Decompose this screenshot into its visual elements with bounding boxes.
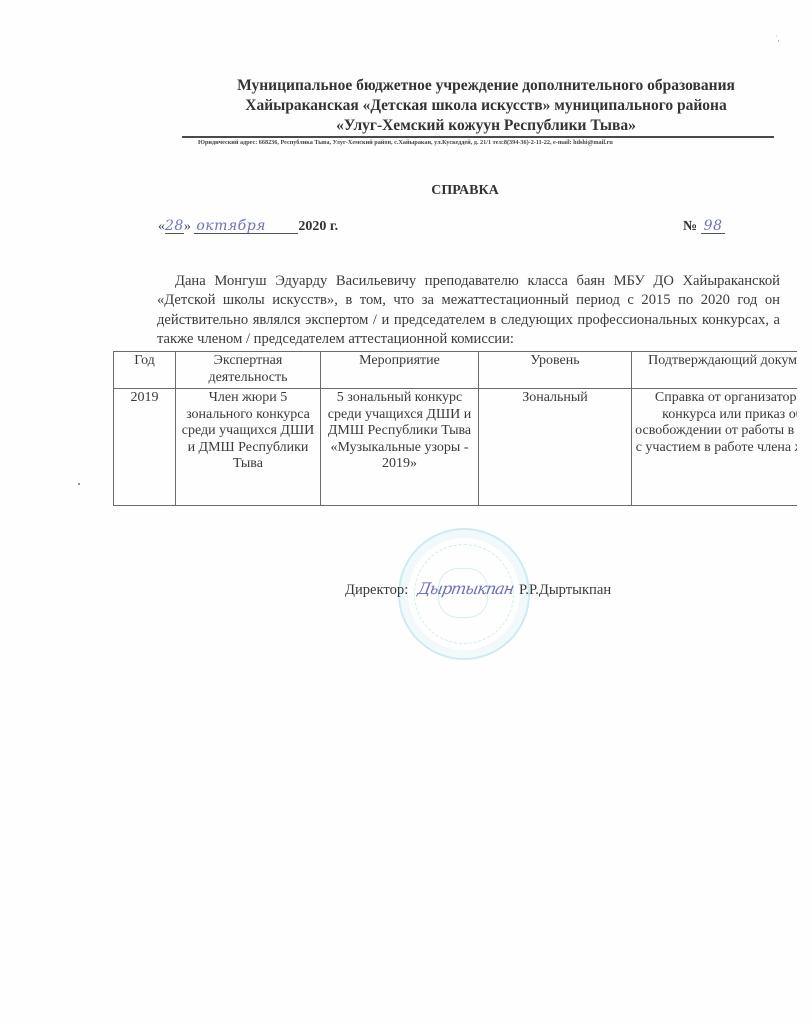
date-open-quote: « — [158, 219, 165, 234]
legal-address: Юридический адрес: 668236, Республика Ты… — [198, 139, 778, 146]
letterhead-line-2: Хайыраканская «Детская школа искусств» м… — [196, 96, 776, 116]
cell-expert-activity: Член жюри 5 зонального конкурса среди уч… — [176, 389, 321, 506]
header-event: Мероприятие — [321, 352, 479, 389]
letterhead-line-3: «Улуг-Хемский кожуун Республики Тыва» — [196, 116, 776, 136]
certificate-body: Дана Монгуш Эдуарду Васильевичу преподав… — [157, 272, 780, 350]
table-header-row: Год Экспертная деятельность Мероприятие … — [114, 352, 798, 389]
scan-artifact: ˙, — [775, 34, 780, 43]
table-row: 2019 Член жюри 5 зонального конкурса сре… — [114, 389, 798, 506]
handwritten-signature: Дыртыкпан — [416, 579, 515, 598]
letterhead: Муниципальное бюджетное учреждение допол… — [196, 76, 776, 136]
activity-table: Год Экспертная деятельность Мероприятие … — [113, 351, 797, 506]
cell-confirming-document: Справка от организаторов конкурса или пр… — [632, 389, 798, 506]
cell-event: 5 зональный конкурс среди учащихся ДШИ и… — [321, 389, 479, 506]
number-value-handwritten: 98 — [701, 219, 725, 234]
date-month-handwritten: октября — [194, 219, 298, 234]
director-label: Директор: — [345, 582, 408, 598]
activity-table-wrapper: Год Экспертная деятельность Мероприятие … — [113, 351, 797, 511]
document-number: №98 — [683, 219, 725, 235]
header-expert-activity: Экспертная деятельность — [176, 352, 321, 389]
cell-year: 2019 — [114, 389, 176, 506]
scan-artifact: ˎ — [324, 334, 327, 343]
date-day-handwritten: 28 — [165, 219, 184, 234]
document-date: «28» октября2020 г. — [158, 219, 338, 235]
letterhead-line-1: Муниципальное бюджетное учреждение допол… — [196, 76, 776, 96]
director-name: Р.Р.Дыртыкпан — [519, 582, 611, 598]
document-page: ˙, Муниципальное бюджетное учреждение до… — [0, 0, 812, 1024]
header-year: Год — [114, 352, 176, 389]
document-title: СПРАВКА — [0, 183, 812, 199]
number-label: № — [683, 219, 697, 234]
scan-artifact — [78, 483, 80, 485]
date-close-quote: » — [184, 219, 191, 234]
letterhead-divider — [182, 136, 774, 138]
header-confirming-document: Подтверждающий документ — [632, 352, 798, 389]
header-level: Уровень — [479, 352, 632, 389]
cell-level: Зональный — [479, 389, 632, 506]
date-year: 2020 г. — [298, 219, 338, 234]
signature-block: Директор: Дыртыкпан Р.Р.Дыртыкпан — [345, 579, 611, 599]
